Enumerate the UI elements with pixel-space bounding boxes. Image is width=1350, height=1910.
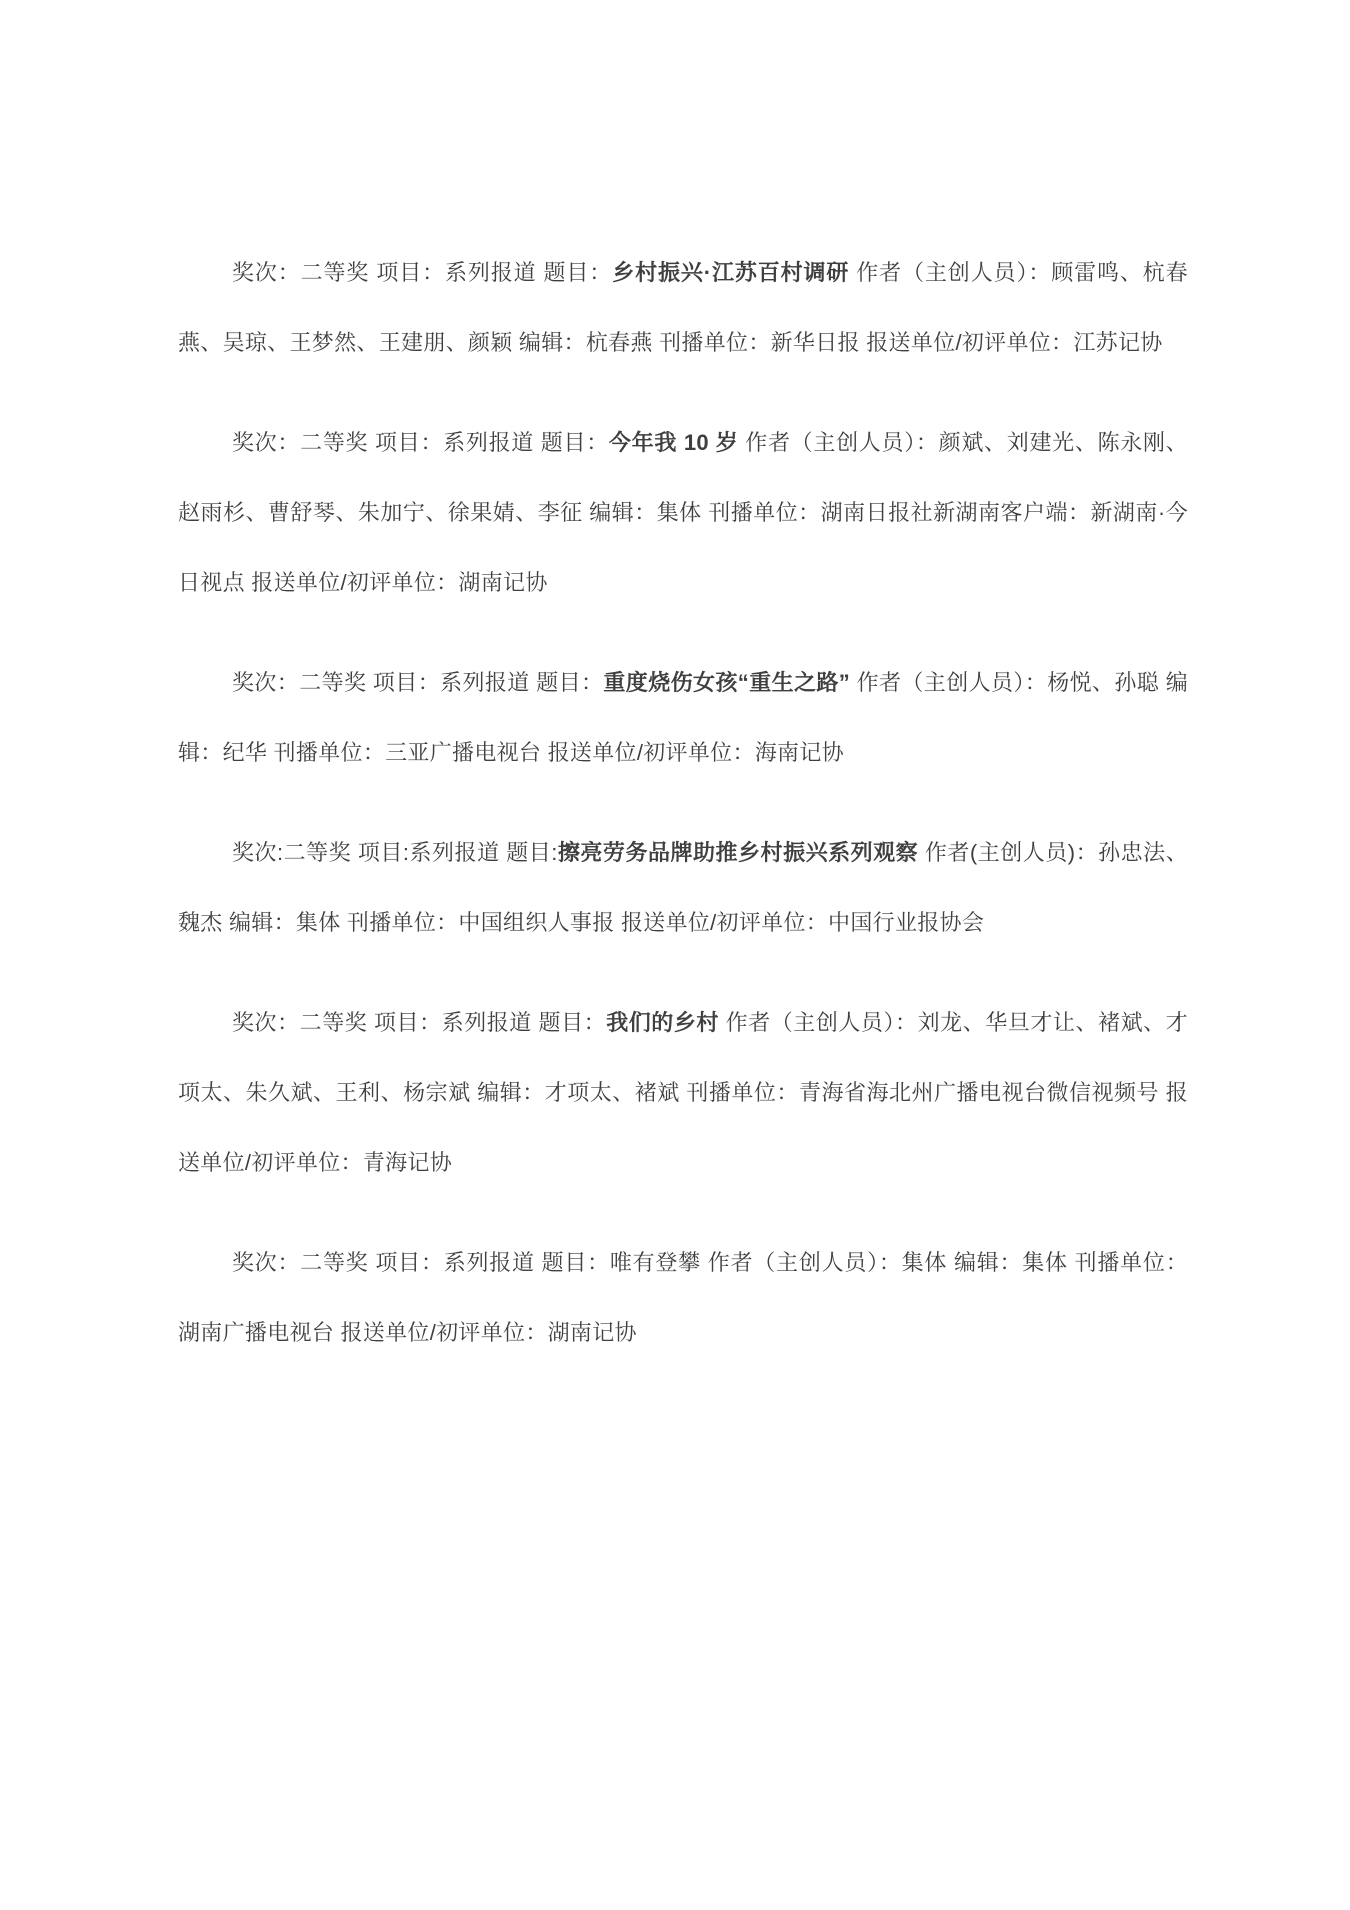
award-title: 乡村振兴·江苏百村调研	[612, 260, 849, 285]
award-entry-1: 奖次：二等奖 项目：系列报道 题目：乡村振兴·江苏百村调研 作者（主创人员）：顾…	[178, 238, 1188, 378]
award-entry-4: 奖次:二等奖 项目:系列报道 题目:擦亮劳务品牌助推乡村振兴系列观察 作者(主创…	[178, 818, 1188, 958]
award-list: 奖次：二等奖 项目：系列报道 题目：乡村振兴·江苏百村调研 作者（主创人员）：顾…	[178, 238, 1188, 1368]
document-page: 奖次：二等奖 项目：系列报道 题目：乡村振兴·江苏百村调研 作者（主创人员）：顾…	[0, 0, 1350, 1910]
award-text: 奖次：二等奖 项目：系列报道 题目：	[232, 430, 609, 455]
award-text: 奖次：二等奖 项目：系列报道 题目：唯有登攀 作者（主创人员）：集体 编辑：集体…	[178, 1250, 1188, 1345]
award-title: 我们的乡村	[606, 1010, 719, 1035]
award-text: 奖次:二等奖 项目:系列报道 题目:	[232, 840, 558, 865]
award-entry-6: 奖次：二等奖 项目：系列报道 题目：唯有登攀 作者（主创人员）：集体 编辑：集体…	[178, 1228, 1188, 1368]
award-title: 擦亮劳务品牌助推乡村振兴系列观察	[558, 840, 919, 865]
award-entry-2: 奖次：二等奖 项目：系列报道 题目：今年我 10 岁 作者（主创人员）：颜斌、刘…	[178, 408, 1188, 618]
award-entry-3: 奖次：二等奖 项目：系列报道 题目：重度烧伤女孩“重生之路” 作者（主创人员）：…	[178, 648, 1188, 788]
award-entry-5: 奖次：二等奖 项目：系列报道 题目：我们的乡村 作者（主创人员）：刘龙、华旦才让…	[178, 988, 1188, 1198]
award-text: 奖次：二等奖 项目：系列报道 题目：	[232, 260, 612, 285]
award-text: 奖次：二等奖 项目：系列报道 题目：	[232, 670, 603, 695]
award-title: 今年我 10 岁	[609, 430, 739, 455]
award-text: 奖次：二等奖 项目：系列报道 题目：	[232, 1010, 606, 1035]
award-title: 重度烧伤女孩“重生之路”	[603, 670, 850, 695]
